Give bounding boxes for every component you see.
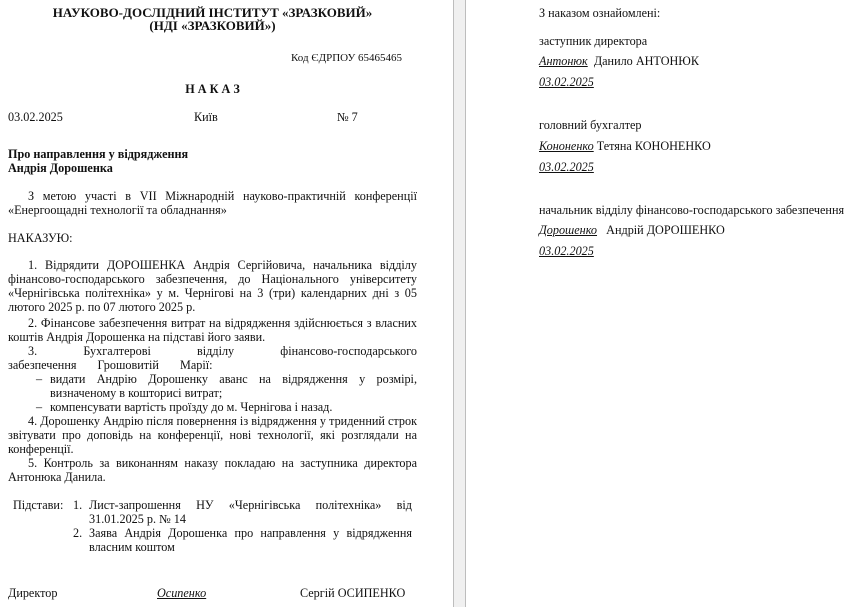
- order-title-line1: Про направлення у відрядження: [8, 147, 188, 161]
- document-page-2[interactable]: З наказом ознайомлені: заступник директо…: [466, 0, 859, 607]
- director-position: Директор: [8, 586, 57, 600]
- bullet-marker: –: [36, 400, 42, 414]
- bullet-item-2: компенсувати вартість проїзду до м. Черн…: [50, 400, 417, 414]
- order-item-3: 3. Бухгалтерові відділу фінансово-господ…: [8, 344, 417, 372]
- order-date: 03.02.2025: [8, 110, 63, 124]
- ack-sign-row-1: Антонюк Данило АНТОНЮК: [539, 54, 699, 68]
- grounds-item-1: Лист-запрошення НУ «Чернігівська політех…: [89, 498, 412, 526]
- ack-name-3: Андрій ДОРОШЕНКО: [606, 223, 725, 237]
- ack-date-3: 03.02.2025: [539, 244, 594, 258]
- order-item-2: 2. Фінансове забезпечення витрат на відр…: [8, 316, 417, 344]
- document-page-1[interactable]: НАУКОВО-ДОСЛІДНИЙ ІНСТИТУТ «ЗРАЗКОВИЙ» (…: [0, 0, 453, 607]
- order-item-4: 4. Дорошенку Андрію після повернення із …: [8, 414, 417, 456]
- ack-position-2: головний бухгалтер: [539, 118, 642, 132]
- ack-signature-1: Антонюк: [539, 54, 588, 68]
- order-city: Київ: [194, 110, 218, 124]
- bullet-marker: –: [36, 372, 42, 386]
- ack-date-2: 03.02.2025: [539, 160, 594, 174]
- order-item-5: 5. Контроль за виконанням наказу поклада…: [8, 456, 417, 484]
- order-word: НАКАЗУЮ:: [8, 231, 73, 245]
- ack-name-2: Тетяна КОНОНЕНКО: [597, 139, 711, 153]
- acknowledgement-heading: З наказом ознайомлені:: [539, 6, 660, 20]
- ack-position-1: заступник директора: [539, 34, 647, 48]
- grounds-label: Підстави:: [13, 498, 63, 512]
- grounds-num-2: 2.: [73, 526, 82, 540]
- document-type: Н А К А З: [0, 82, 425, 96]
- order-title-line2: Андрія Дорошенка: [8, 161, 113, 175]
- org-short-name: (НДІ «ЗРАЗКОВИЙ»): [0, 19, 425, 33]
- edrpou-code: Код ЄДРПОУ 65465465: [291, 51, 402, 65]
- ack-sign-row-2: Кононенко Тетяна КОНОНЕНКО: [539, 139, 711, 153]
- ack-name-1: Данило АНТОНЮК: [594, 54, 699, 68]
- ack-date-1: 03.02.2025: [539, 75, 594, 89]
- grounds-num-1: 1.: [73, 498, 82, 512]
- order-item-1: 1. Відрядити ДОРОШЕНКА Андрія Сергійович…: [8, 258, 417, 314]
- page-gap: [453, 0, 466, 607]
- director-name: Сергій ОСИПЕНКО: [300, 586, 405, 600]
- grounds-item-2: Заява Андрія Дорошенка про направлення у…: [89, 526, 412, 554]
- bullet-item-1: видати Андрію Дорошенку аванс на відрядж…: [50, 372, 417, 400]
- order-number: № 7: [337, 110, 358, 124]
- ack-position-3: начальник відділу фінансово-господарсько…: [539, 203, 844, 217]
- director-signature: Осипенко: [157, 586, 206, 600]
- ack-signature-3: Дорошенко: [539, 223, 597, 237]
- ack-signature-2: Кононенко: [539, 139, 594, 153]
- preamble: З метою участі в VII Міжнародній науково…: [8, 189, 417, 217]
- ack-sign-row-3: Дорошенко Андрій ДОРОШЕНКО: [539, 223, 725, 237]
